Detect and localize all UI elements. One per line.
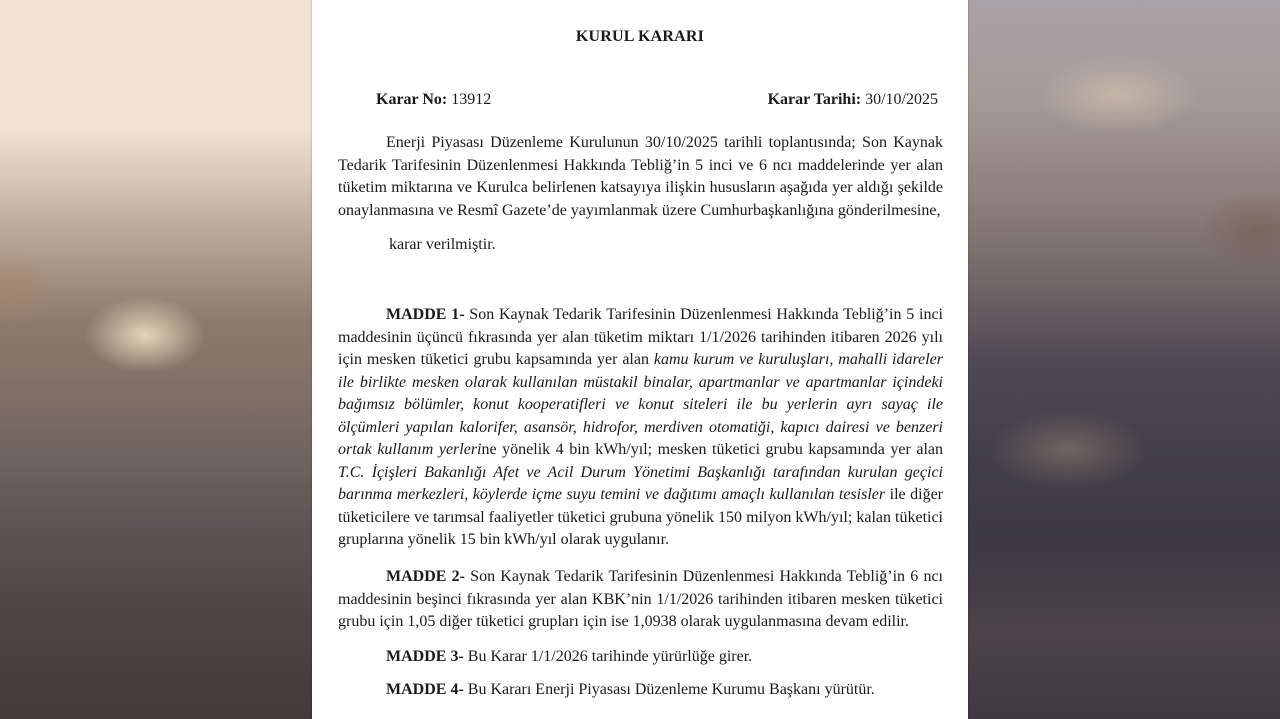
decision-date-label: Karar Tarihi: <box>768 91 862 108</box>
decision-number-value: 13912 <box>451 91 491 108</box>
blurred-background-right <box>968 0 1280 719</box>
decision-date: Karar Tarihi: 30/10/2025 <box>768 91 938 109</box>
decision-number-label: Karar No: <box>376 91 447 108</box>
blurred-background-left <box>0 0 312 719</box>
article-label: MADDE 2- <box>386 568 465 585</box>
article-2: MADDE 2- Son Kaynak Tedarik Tarifesinin … <box>338 566 943 634</box>
article-label: MADDE 4- <box>386 681 464 698</box>
article-text: ne yönelik 4 bin kWh/yıl; mesken tüketic… <box>482 441 944 458</box>
decision-statement: karar verilmiştir. <box>389 234 496 257</box>
article-label: MADDE 1- <box>386 306 465 323</box>
decision-number: Karar No: 13912 <box>376 91 491 109</box>
article-text-italic: T.C. İçişleri Bakanlığı Afet ve Acil Dur… <box>338 464 943 504</box>
article-1: MADDE 1- Son Kaynak Tedarik Tarifesinin … <box>338 304 943 552</box>
article-4: MADDE 4- Bu Kararı Enerji Piyasası Düzen… <box>338 679 943 702</box>
document-title: KURUL KARARI <box>312 28 968 46</box>
article-3: MADDE 3- Bu Karar 1/1/2026 tarihinde yür… <box>338 646 943 669</box>
intro-paragraph: Enerji Piyasası Düzenleme Kurulunun 30/1… <box>338 132 943 222</box>
article-label: MADDE 3- <box>386 648 464 665</box>
decision-date-value: 30/10/2025 <box>865 91 938 108</box>
article-text: Bu Karar 1/1/2026 tarihinde yürürlüğe gi… <box>464 648 752 665</box>
document-page: KURUL KARARI Karar No: 13912 Karar Tarih… <box>312 0 968 719</box>
article-text: Bu Kararı Enerji Piyasası Düzenleme Kuru… <box>464 681 875 698</box>
